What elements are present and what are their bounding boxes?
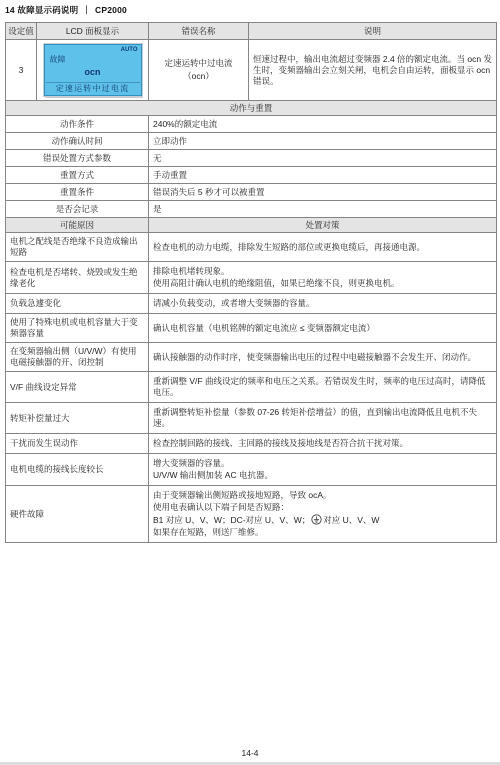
error-name-cell: 定速运转中过电流 （ocn） <box>149 40 249 101</box>
action-value: 240%的额定电流 <box>149 116 497 133</box>
lcd-fault-label: 故障 <box>50 55 66 64</box>
table-row: 电机之配线是否绝缘不良造成输出短路 检查电机的动力电缆，排除发生短路的部位或更换… <box>6 233 497 262</box>
terminal-check-line: B1 对应 U、V、W；DC-对应 U、V、W；对应 U、V、W <box>153 514 492 526</box>
action-value: 手动重置 <box>149 167 497 184</box>
remedy-cell: 增大变频器的容量。 U/V/W 输出侧加装 AC 电抗器。 <box>149 454 497 486</box>
action-label: 是否会记录 <box>6 201 149 218</box>
remedy-cell: 确认电机容量（电机铭牌的额定电流应 ≤ 变频器额定电流） <box>149 314 497 343</box>
error-name-text: 定速运转中过电流 <box>153 57 244 70</box>
table-row: 干扰而发生误动作 检查控制回路的接线、主回路的接线及接地线是否符合抗干扰对策。 <box>6 434 497 454</box>
cause-cell: 负载急遽变化 <box>6 294 149 314</box>
cause-cell: 电机电缆的接线长度较长 <box>6 454 149 486</box>
cause-cell: V/F 曲线设定异常 <box>6 372 149 403</box>
fault-code-table: 设定值 LCD 面板显示 错误名称 说明 3 AUTO 故障 ocn 定速运转中… <box>5 22 497 543</box>
lcd-display-cell: AUTO 故障 ocn 定速运转中过电流 <box>37 40 149 101</box>
cause-cell: 电机之配线是否绝缘不良造成输出短路 <box>6 233 149 262</box>
fault-record-row: 3 AUTO 故障 ocn 定速运转中过电流 定速运转中过电流 （ocn） 恒速… <box>6 40 497 101</box>
header-separator: ｜ <box>82 5 91 15</box>
chapter-title: 14 故障显示码说明 <box>5 5 78 15</box>
remedy-cell: 重新调整转矩补偿量（参数 07-26 转矩补偿增益）的值，直到输出电流降低且电机… <box>149 403 497 434</box>
col-header-setting-value: 设定值 <box>6 23 37 40</box>
lcd-auto-indicator: AUTO <box>121 47 138 53</box>
setting-value-cell: 3 <box>6 40 37 101</box>
action-value: 立即动作 <box>149 133 497 150</box>
col-header-error-name: 错误名称 <box>149 23 249 40</box>
table-header-row: 设定值 LCD 面板显示 错误名称 说明 <box>6 23 497 40</box>
action-label: 重置方式 <box>6 167 149 184</box>
remedy-cell: 检查电机的动力电缆，排除发生短路的部位或更换电缆后，再接通电源。 <box>149 233 497 262</box>
col-header-description: 说明 <box>249 23 497 40</box>
table-row: 负载急遽变化 请减小负载变动，或者增大变频器的容量。 <box>6 294 497 314</box>
error-code-text: （ocn） <box>153 70 244 83</box>
page-header: 14 故障显示码说明｜CP2000 <box>5 4 127 16</box>
action-label: 错误处置方式参数 <box>6 150 149 167</box>
table-row: 电机电缆的接线长度较长 增大变频器的容量。 U/V/W 输出侧加装 AC 电抗器… <box>6 454 497 486</box>
table-row: 硬件故障 由于变频器输出侧短路或接地短路，导致 ocA。 使用电表确认以下端子间… <box>6 486 497 543</box>
page-number: 14-4 <box>0 748 500 758</box>
table-row: V/F 曲线设定异常 重新调整 V/F 曲线设定的频率和电压之关系。若错误发生时… <box>6 372 497 403</box>
table-row: 重置方式 手动重置 <box>6 167 497 184</box>
description-cell: 恒速过程中，输出电流超过变频器 2.4 倍的额定电流。当 ocn 发生时，变频器… <box>249 40 497 101</box>
protective-earth-icon <box>311 514 322 525</box>
action-value: 错误消失后 5 秒才可以被重置 <box>149 184 497 201</box>
table-row: 转矩补偿量过大 重新调整转矩补偿量（参数 07-26 转矩补偿增益）的值，直到输… <box>6 403 497 434</box>
table-row: 动作确认时间 立即动作 <box>6 133 497 150</box>
table-row: 是否会记录 是 <box>6 201 497 218</box>
table-row: 使用了特殊电机或电机容量大于变频器容量 确认电机容量（电机铭牌的额定电流应 ≤ … <box>6 314 497 343</box>
action-label: 动作确认时间 <box>6 133 149 150</box>
cause-cell: 干扰而发生误动作 <box>6 434 149 454</box>
action-value: 是 <box>149 201 497 218</box>
action-label: 重置条件 <box>6 184 149 201</box>
table-row: 动作条件 240%的额定电流 <box>6 116 497 133</box>
remedy-cell: 检查控制回路的接线、主回路的接线及接地线是否符合抗干扰对策。 <box>149 434 497 454</box>
table-row: 错误处置方式参数 无 <box>6 150 497 167</box>
action-reset-band-row: 动作与重置 <box>6 101 497 116</box>
action-label: 动作条件 <box>6 116 149 133</box>
col-header-lcd-display: LCD 面板显示 <box>37 23 149 40</box>
lcd-fault-message: 定速运转中过电流 <box>46 82 140 94</box>
cause-cell: 使用了特殊电机或电机容量大于变频器容量 <box>6 314 149 343</box>
action-value: 无 <box>149 150 497 167</box>
remedy-cell: 重新调整 V/F 曲线设定的频率和电压之关系。若错误发生时，频率的电压过高时，请… <box>149 372 497 403</box>
remedy-cell: 排除电机堵转现象。 使用高阻计确认电机的绝缘阻值，如果已绝缘不良，则更换电机。 <box>149 262 497 294</box>
cause-cell: 检查电机是否堵转、烧毁或发生绝缘老化 <box>6 262 149 294</box>
remedy-section-header: 处置对策 <box>149 218 497 233</box>
cause-cell: 在变频器输出侧（U/V/W）有使用电磁接触器的开、闭控制 <box>6 343 149 372</box>
product-name: CP2000 <box>95 5 127 15</box>
action-reset-section-title: 动作与重置 <box>6 101 497 116</box>
cause-cell: 硬件故障 <box>6 486 149 543</box>
remedy-cell: 请减小负载变动，或者增大变频器的容量。 <box>149 294 497 314</box>
troubleshooting-band-row: 可能原因 处置对策 <box>6 218 497 233</box>
remedy-cell: 由于变频器输出侧短路或接地短路，导致 ocA。 使用电表确认以下端子间是否短路：… <box>149 486 497 543</box>
remedy-cell: 确认接触器的动作时序，使变频器输出电压的过程中电磁接触器不会发生开、闭动作。 <box>149 343 497 372</box>
cause-section-header: 可能原因 <box>6 218 149 233</box>
cause-cell: 转矩补偿量过大 <box>6 403 149 434</box>
table-row: 重置条件 错误消失后 5 秒才可以被重置 <box>6 184 497 201</box>
table-row: 在变频器输出侧（U/V/W）有使用电磁接触器的开、闭控制 确认接触器的动作时序，… <box>6 343 497 372</box>
table-row: 检查电机是否堵转、烧毁或发生绝缘老化 排除电机堵转现象。 使用高阻计确认电机的绝… <box>6 262 497 294</box>
lcd-fault-code: ocn <box>45 68 141 77</box>
lcd-panel: AUTO 故障 ocn 定速运转中过电流 <box>44 44 142 96</box>
